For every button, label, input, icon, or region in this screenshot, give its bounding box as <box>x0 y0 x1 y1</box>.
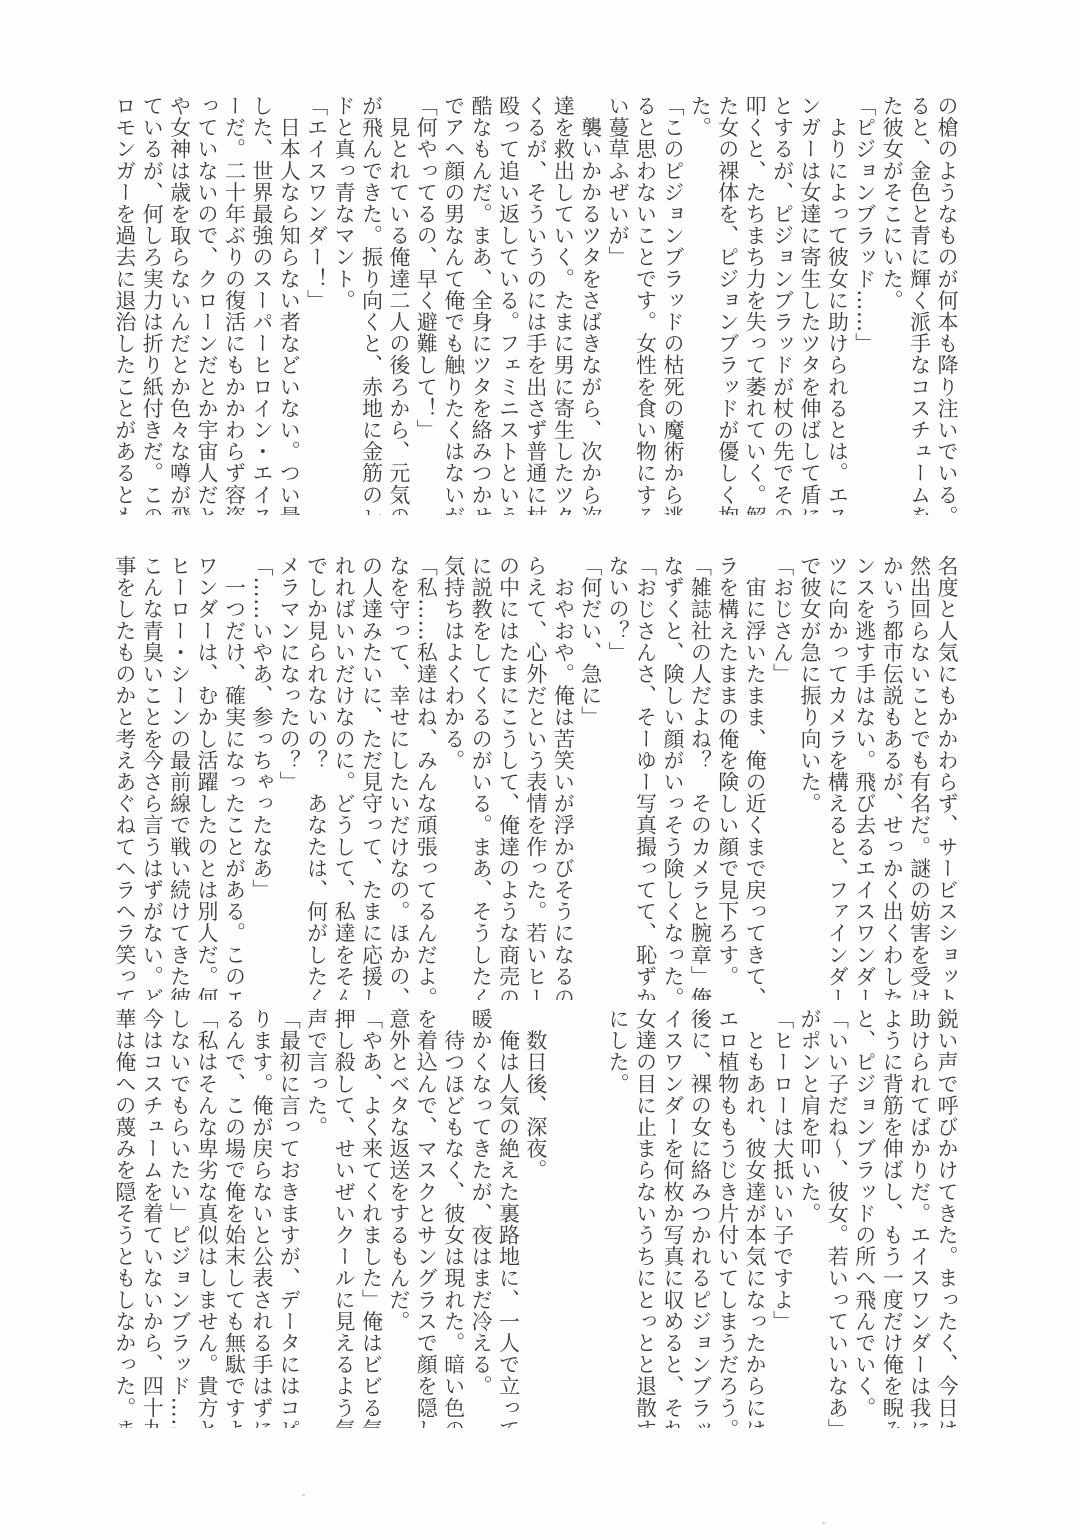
text-line: 叩くと、たちまち力を失って萎れていく。解放され <box>741 95 768 515</box>
text-line: なを守って、幸せにしたいだけなの。ほかの、普通 <box>384 555 411 1000</box>
text-line: ように背筋を伸ばし、もう一度だけ俺を睨みつける <box>878 1008 905 1428</box>
text-line: ロモンガーを過去に退治したことがあるとも聞いて <box>115 95 138 515</box>
text-line: 待つほどもなく、彼女は現れた。暗い色のコート <box>439 1008 466 1428</box>
text-line: 今はコスチュームを着ていないから、四十九院明日 <box>138 1008 165 1428</box>
text-line: 後に、裸の女に絡みつかれるピジョンブラッドとエ <box>686 1008 713 1428</box>
text-line: 助けられてばかりだ。エイスワンダーは我に返った <box>905 1008 932 1428</box>
text-line: た女の裸体を、ピジョンブラッドが優しく抱き止め <box>713 95 740 515</box>
text-line: かいう都市伝説もあるが、せっかく出くわしたチャ <box>878 555 905 1000</box>
text-line: 鋭い声で呼びかけてきた。まったく、今日は彼女に <box>933 1008 960 1428</box>
text-line: ツに向かってカメラを構えると、ファインダーの中 <box>823 555 850 1000</box>
text-line: の槍のようなものが何本も降り注いでいる。見上げ <box>933 95 960 515</box>
text-tier-top: の槍のようなものが何本も降り注いでいる。見上げると、金色と青に輝く派手なコスチュ… <box>115 95 960 515</box>
text-line: 数日後、深夜。 <box>522 1008 549 1428</box>
text-line: れればいいだけなのに。どうして、私達をそんな目 <box>330 555 357 1000</box>
text-line: でアヘ顔の男なんて俺でも触りたくはないが。 <box>439 95 466 515</box>
text-line: 「エイスワンダー！」 <box>302 95 329 515</box>
text-line: 「ピジョンブラッド……」 <box>850 95 877 515</box>
text-line: 事をしたものかと考えあぐねてヘラヘラ笑っている <box>115 555 138 1000</box>
text-tier-bottom: 鋭い声で呼びかけてきた。まったく、今日は彼女に助けられてばかりだ。エイスワンダー… <box>115 1008 960 1428</box>
text-line: た。 <box>686 95 713 515</box>
text-line: るんで、この場で俺を始末しても無駄ですよ」 <box>220 1008 247 1428</box>
text-line: ラを構えたままの俺を険しい顔で見下ろす。 <box>713 555 740 1000</box>
text-line: 日本人なら知らない者などいない。つい最近復活 <box>275 95 302 515</box>
text-line: 「……いやあ、参っちゃったなあ」 <box>247 555 274 1000</box>
text-line: ーだ。二十年ぶりの復活にもかかわらず容姿が変わ <box>220 95 247 515</box>
text-line: 名度と人気にもかかわらず、サービスショットが全 <box>933 555 960 1000</box>
text-line: イスワンダーを何枚か写真に収めると、それ以上彼 <box>659 1008 686 1428</box>
text-line: 襲いかかるツタをさばきながら、次から次へと女 <box>576 95 603 515</box>
text-line: に説教をしてくるのがいる。まあ、そうしたくなる <box>467 555 494 1000</box>
text-line: なずくと、険しい顔がいっそう険しくなった。 <box>659 555 686 1000</box>
text-line: ンガーは女達に寄生したツタを伸ばして盾にしよう <box>796 95 823 515</box>
text-line: でしか見られないの？ あなたは、何がしたくてカ <box>302 555 329 1000</box>
text-line: こんな青臭いことを今さら言うはずがない。どう返 <box>138 555 165 1000</box>
scan-speck <box>302 1494 305 1496</box>
text-line <box>576 1008 603 1428</box>
text-line: 「最初に言っておきますが、データにはコピーがあ <box>275 1008 302 1428</box>
text-line: 見とれている俺達二人の後ろから、元気のいい声 <box>384 95 411 515</box>
text-line: しないでもらいたい」ピジョンブラッド……いや、 <box>165 1008 192 1428</box>
text-line: メラマンになったの？」 <box>275 555 302 1000</box>
text-line: 殴って追い返している。フェミニストというのは残 <box>494 95 521 515</box>
text-line: と、ピジョンブラッドの所へ飛んでいく。 <box>850 1008 877 1428</box>
text-line: 暖かくなってきたが、夜はまだ冷える。 <box>467 1008 494 1428</box>
text-line: 酷なもんだ。まあ、全身にツタを絡みつかせた全裸 <box>467 95 494 515</box>
text-line: を着込んで、マスクとサングラスで顔を隠している。 <box>412 1008 439 1428</box>
text-line: ンスを逃す手はない。飛び去るエイスワンダーのケ <box>850 555 877 1000</box>
text-line: ともあれ、彼女達が本気になったからには、あの <box>741 1008 768 1428</box>
text-line: にした。 <box>604 1008 631 1428</box>
text-line: 「何だい、急に」 <box>576 555 603 1000</box>
text-line: の中にはたまにこうして、俺達のような商売の人間 <box>494 555 521 1000</box>
text-line: した、世界最強のスーパーヒロイン・エイスワンダ <box>247 95 274 515</box>
text-line: 気持ちはよくわかる。 <box>439 555 466 1000</box>
text-line: 意外とベタな返送をするもんだ。 <box>384 1008 411 1428</box>
text-line: 達を救出していく。たまに男に寄生したツタが出て <box>549 95 576 515</box>
text-line: ると思わないことです。女性を食い物にする厭らし <box>631 95 658 515</box>
text-line: ドと真っ青なマント。 <box>330 95 357 515</box>
text-line: おやおや。俺は苦笑いが浮かびそうになるのをこ <box>549 555 576 1000</box>
text-line: 声で言った。 <box>302 1008 329 1428</box>
text-line: 一つだけ、確実になったことがある。このエイス <box>220 555 247 1000</box>
text-line: い蔓草ふぜいが」 <box>604 95 631 515</box>
text-line: や女神は歳を取らないんだとか色々な噂が飛び交っ <box>165 95 192 515</box>
text-line: 華は俺への蔑みを隠そうともしなかった。まあ、当 <box>115 1008 138 1428</box>
text-line: の人達みたいに、ただ見守って、たまに応援してく <box>357 555 384 1000</box>
text-line: 「私はそんな卑劣な真似はしません。貴方と一緒に <box>193 1008 220 1428</box>
text-line <box>549 1008 576 1428</box>
text-line: 俺は人気の絶えた裏路地に、一人で立っていた。 <box>494 1008 521 1428</box>
text-line: 然出回らないことでも有名だ。謎の妨害を受けると <box>905 555 932 1000</box>
novel-page: の槍のようなものが何本も降り注いでいる。見上げると、金色と青に輝く派手なコスチュ… <box>0 0 1080 1540</box>
text-line: 「ヒーローは大抵いい子ですよ」 <box>768 1008 795 1428</box>
text-line: 宙に浮いたまま、俺の近くまで戻ってきて、カメ <box>741 555 768 1000</box>
text-line: ワンダーは、むかし活躍したのとは別人だ。何年も <box>193 555 220 1000</box>
text-line: が飛んできた。振り向くと、赤地に金筋のレオター <box>357 95 384 515</box>
text-tier-middle: 名度と人気にもかかわらず、サービスショットが全然出回らないことでも有名だ。謎の妨… <box>115 555 960 1000</box>
text-line: とするが、ピジョンブラッドが杖の先でそのツタを <box>768 95 795 515</box>
text-line: 「やあ、よく来てくれました」俺はビビる気持ちを <box>357 1008 384 1428</box>
text-line: 女達の目に止まらないうちにとっとと退散すること <box>631 1008 658 1428</box>
text-line: ているが、何しろ実力は折り紙付きだ。このエスト <box>138 95 165 515</box>
text-line: 「このピジョンブラッドの枯死の魔術から逃れられ <box>659 95 686 515</box>
text-line: よりによって彼女に助けられるとは。エストロモ <box>823 95 850 515</box>
scan-speck <box>822 1522 825 1524</box>
text-line: ないの？」 <box>604 555 631 1000</box>
text-line: がポンと肩を叩いた。 <box>796 1008 823 1428</box>
text-line: エロ植物ももうじき片付いてしまうだろう。俺は最 <box>713 1008 740 1428</box>
text-line: ヒーロー・シーンの最前線で戦い続けてきた彼女が、 <box>165 555 192 1000</box>
text-line: 「雑誌社の人だよね？ そのカメラと腕章」俺がう <box>686 555 713 1000</box>
text-line: 「おじさん」 <box>768 555 795 1000</box>
text-line: 「おじさんさ、そーゆー写真撮ってて、恥ずかしく <box>631 555 658 1000</box>
text-line: 「私……私達はね、みんな頑張ってるんだよ。みん <box>412 555 439 1000</box>
text-line: くるが、そういうのには手を出さず普通に杖でぶん <box>522 95 549 515</box>
text-line: ります。俺が戻らないと公表される手はずになって <box>247 1008 274 1428</box>
text-line: 「いい子だね～、彼女。若いっていいなあ」駒井田 <box>823 1008 850 1428</box>
text-line: 「何やってるの、早く避難して！」 <box>412 95 439 515</box>
text-line: 押し殺して、せいぜいクールに見えるよう気取った <box>330 1008 357 1428</box>
text-line: ると、金色と青に輝く派手なコスチュームをまとっ <box>905 95 932 515</box>
text-line: らえて、心外だという表情を作った。若いヒーロー <box>522 555 549 1000</box>
text-line: た彼女がそこにいた。 <box>878 95 905 515</box>
text-line: で彼女が急に振り向いた。 <box>796 555 823 1000</box>
text-line: っていないので、クローンだとか宇宙人だとか、い <box>193 95 220 515</box>
